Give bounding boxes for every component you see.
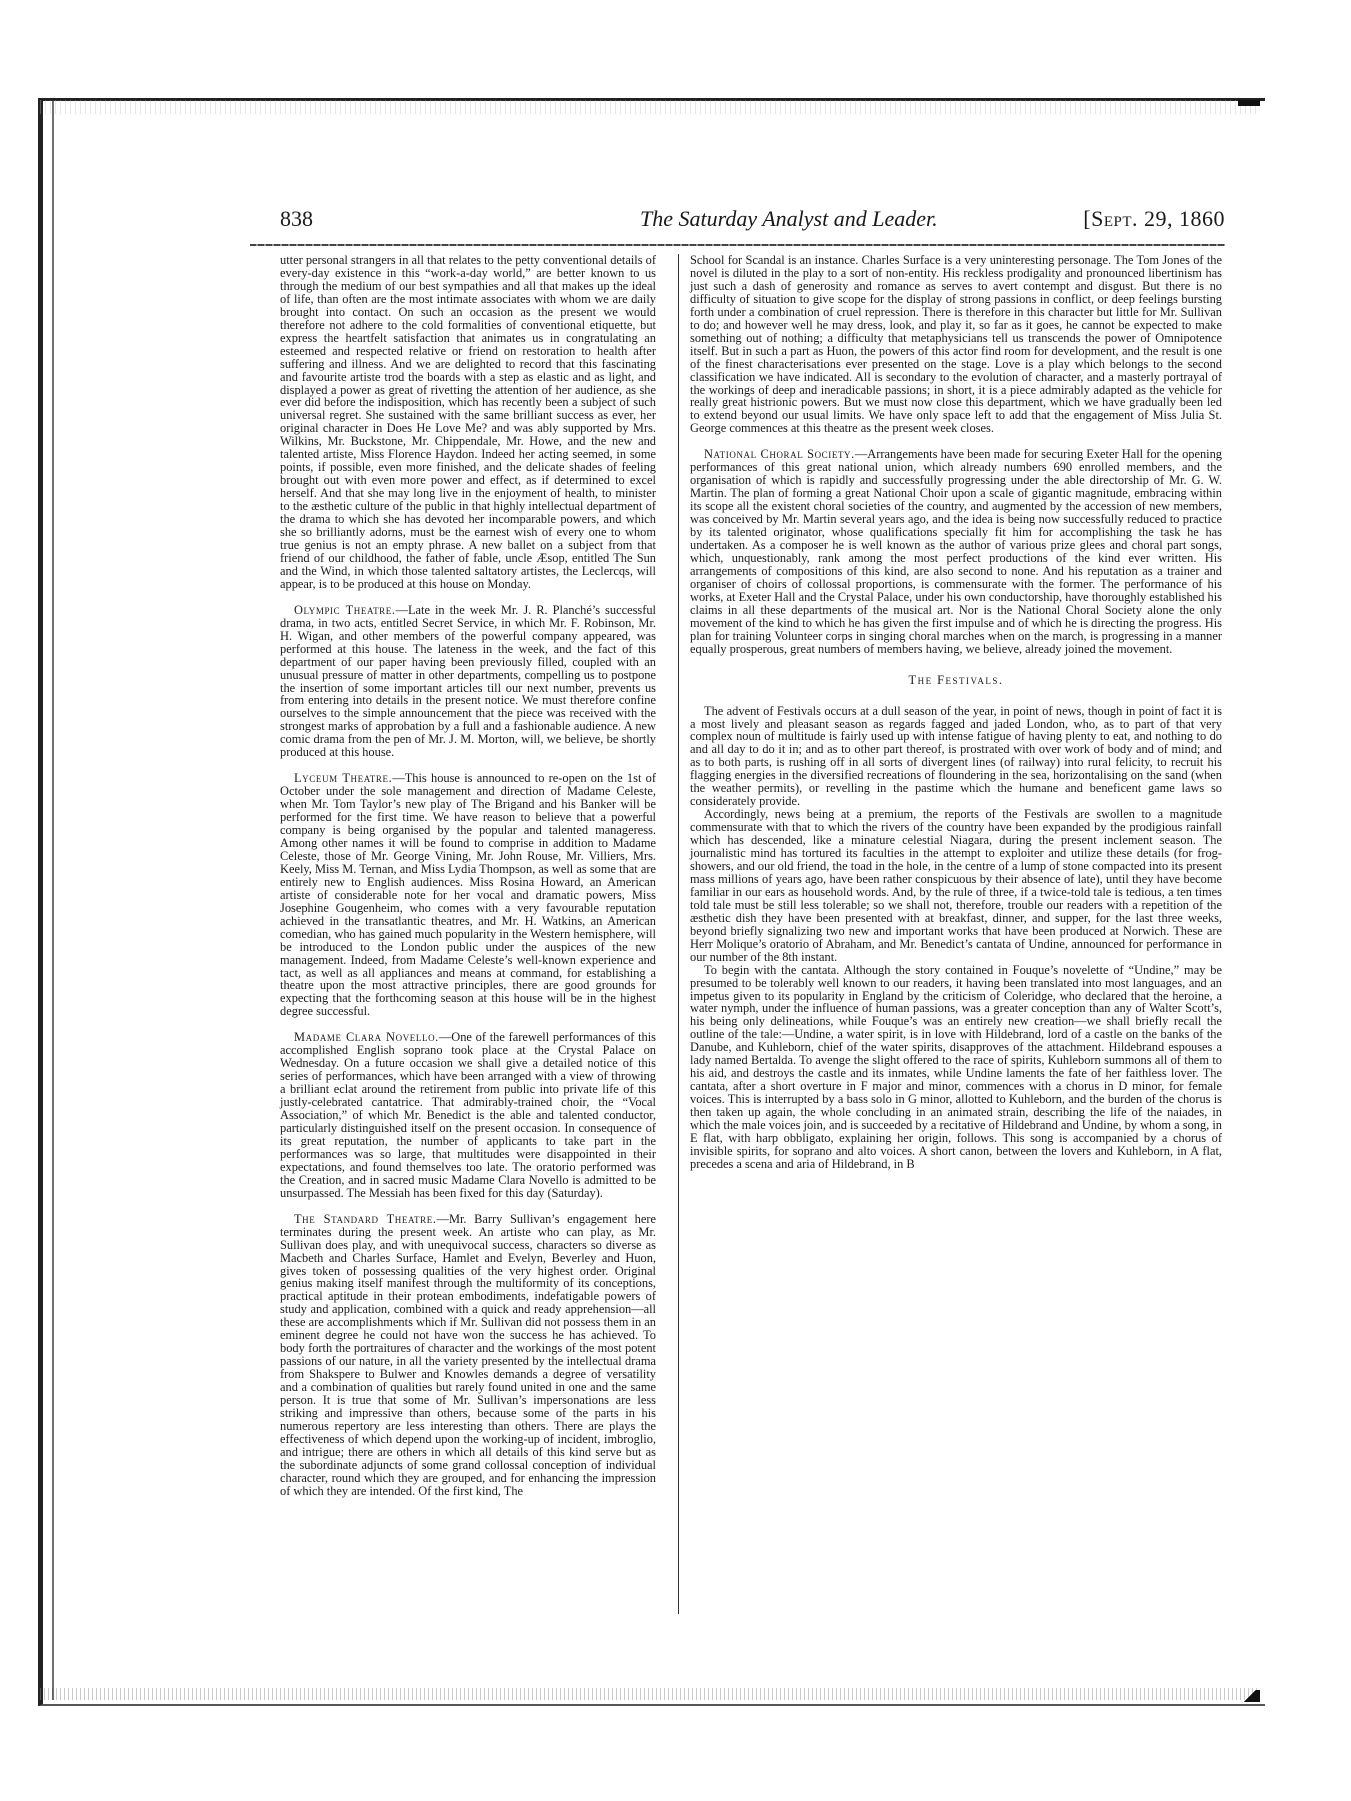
column-divider bbox=[678, 254, 679, 1614]
left-column: utter personal strangers in all that rel… bbox=[280, 254, 656, 1498]
article-clara-novello: Madame Clara Novello.—One of the farewel… bbox=[280, 1031, 656, 1199]
festivals-paragraph: To begin with the cantata. Although the … bbox=[690, 964, 1222, 1171]
page-header: 838 The Saturday Analyst and Leader. [Se… bbox=[280, 206, 1225, 236]
scan-noise-bottom bbox=[40, 1688, 1260, 1700]
header-rule bbox=[250, 244, 1225, 246]
article-heading: Madame Clara Novello. bbox=[294, 1030, 439, 1044]
article-continuation: utter personal strangers in all that rel… bbox=[280, 254, 656, 591]
scan-corner-top-right bbox=[1238, 100, 1260, 106]
article-body: —Late in the week Mr. J. R. Planché’s su… bbox=[280, 603, 656, 759]
article-heading: The Standard Theatre. bbox=[294, 1212, 437, 1226]
page-number: 838 bbox=[280, 206, 313, 232]
article-national-choral-society: National Choral Society.—Arrangements ha… bbox=[690, 448, 1222, 655]
issue-date: [Sept. 29, 1860 bbox=[1083, 206, 1225, 232]
festivals-paragraph: Accordingly, news being at a premium, th… bbox=[690, 808, 1222, 963]
article-heading: Lyceum Theatre. bbox=[294, 771, 392, 785]
article-body: —Arrangements have been made for securin… bbox=[690, 447, 1222, 655]
article-body: —One of the farewell performances of thi… bbox=[280, 1030, 656, 1199]
right-column: School for Scandal is an instance. Charl… bbox=[690, 254, 1222, 1171]
article-standard-theatre: The Standard Theatre.—Mr. Barry Sullivan… bbox=[280, 1213, 656, 1498]
article-lyceum-theatre: Lyceum Theatre.—This house is announced … bbox=[280, 772, 656, 1018]
article-standard-continued: School for Scandal is an instance. Charl… bbox=[690, 254, 1222, 435]
article-body: —This house is announced to re-open on t… bbox=[280, 771, 656, 1018]
scan-noise-top bbox=[40, 100, 1260, 114]
article-body: —Mr. Barry Sullivan’s engagement here te… bbox=[280, 1212, 656, 1498]
binding-gutter bbox=[52, 100, 54, 1700]
festivals-paragraph: The advent of Festivals occurs at a dull… bbox=[690, 705, 1222, 809]
section-title-festivals: The Festivals. bbox=[690, 674, 1222, 687]
article-olympic-theatre: Olympic Theatre.—Late in the week Mr. J.… bbox=[280, 604, 656, 759]
journal-title: The Saturday Analyst and Leader. bbox=[640, 206, 938, 232]
article-heading: National Choral Society. bbox=[704, 447, 855, 461]
scan-corner-bottom-right bbox=[1240, 1690, 1260, 1702]
article-heading: Olympic Theatre. bbox=[294, 603, 396, 617]
